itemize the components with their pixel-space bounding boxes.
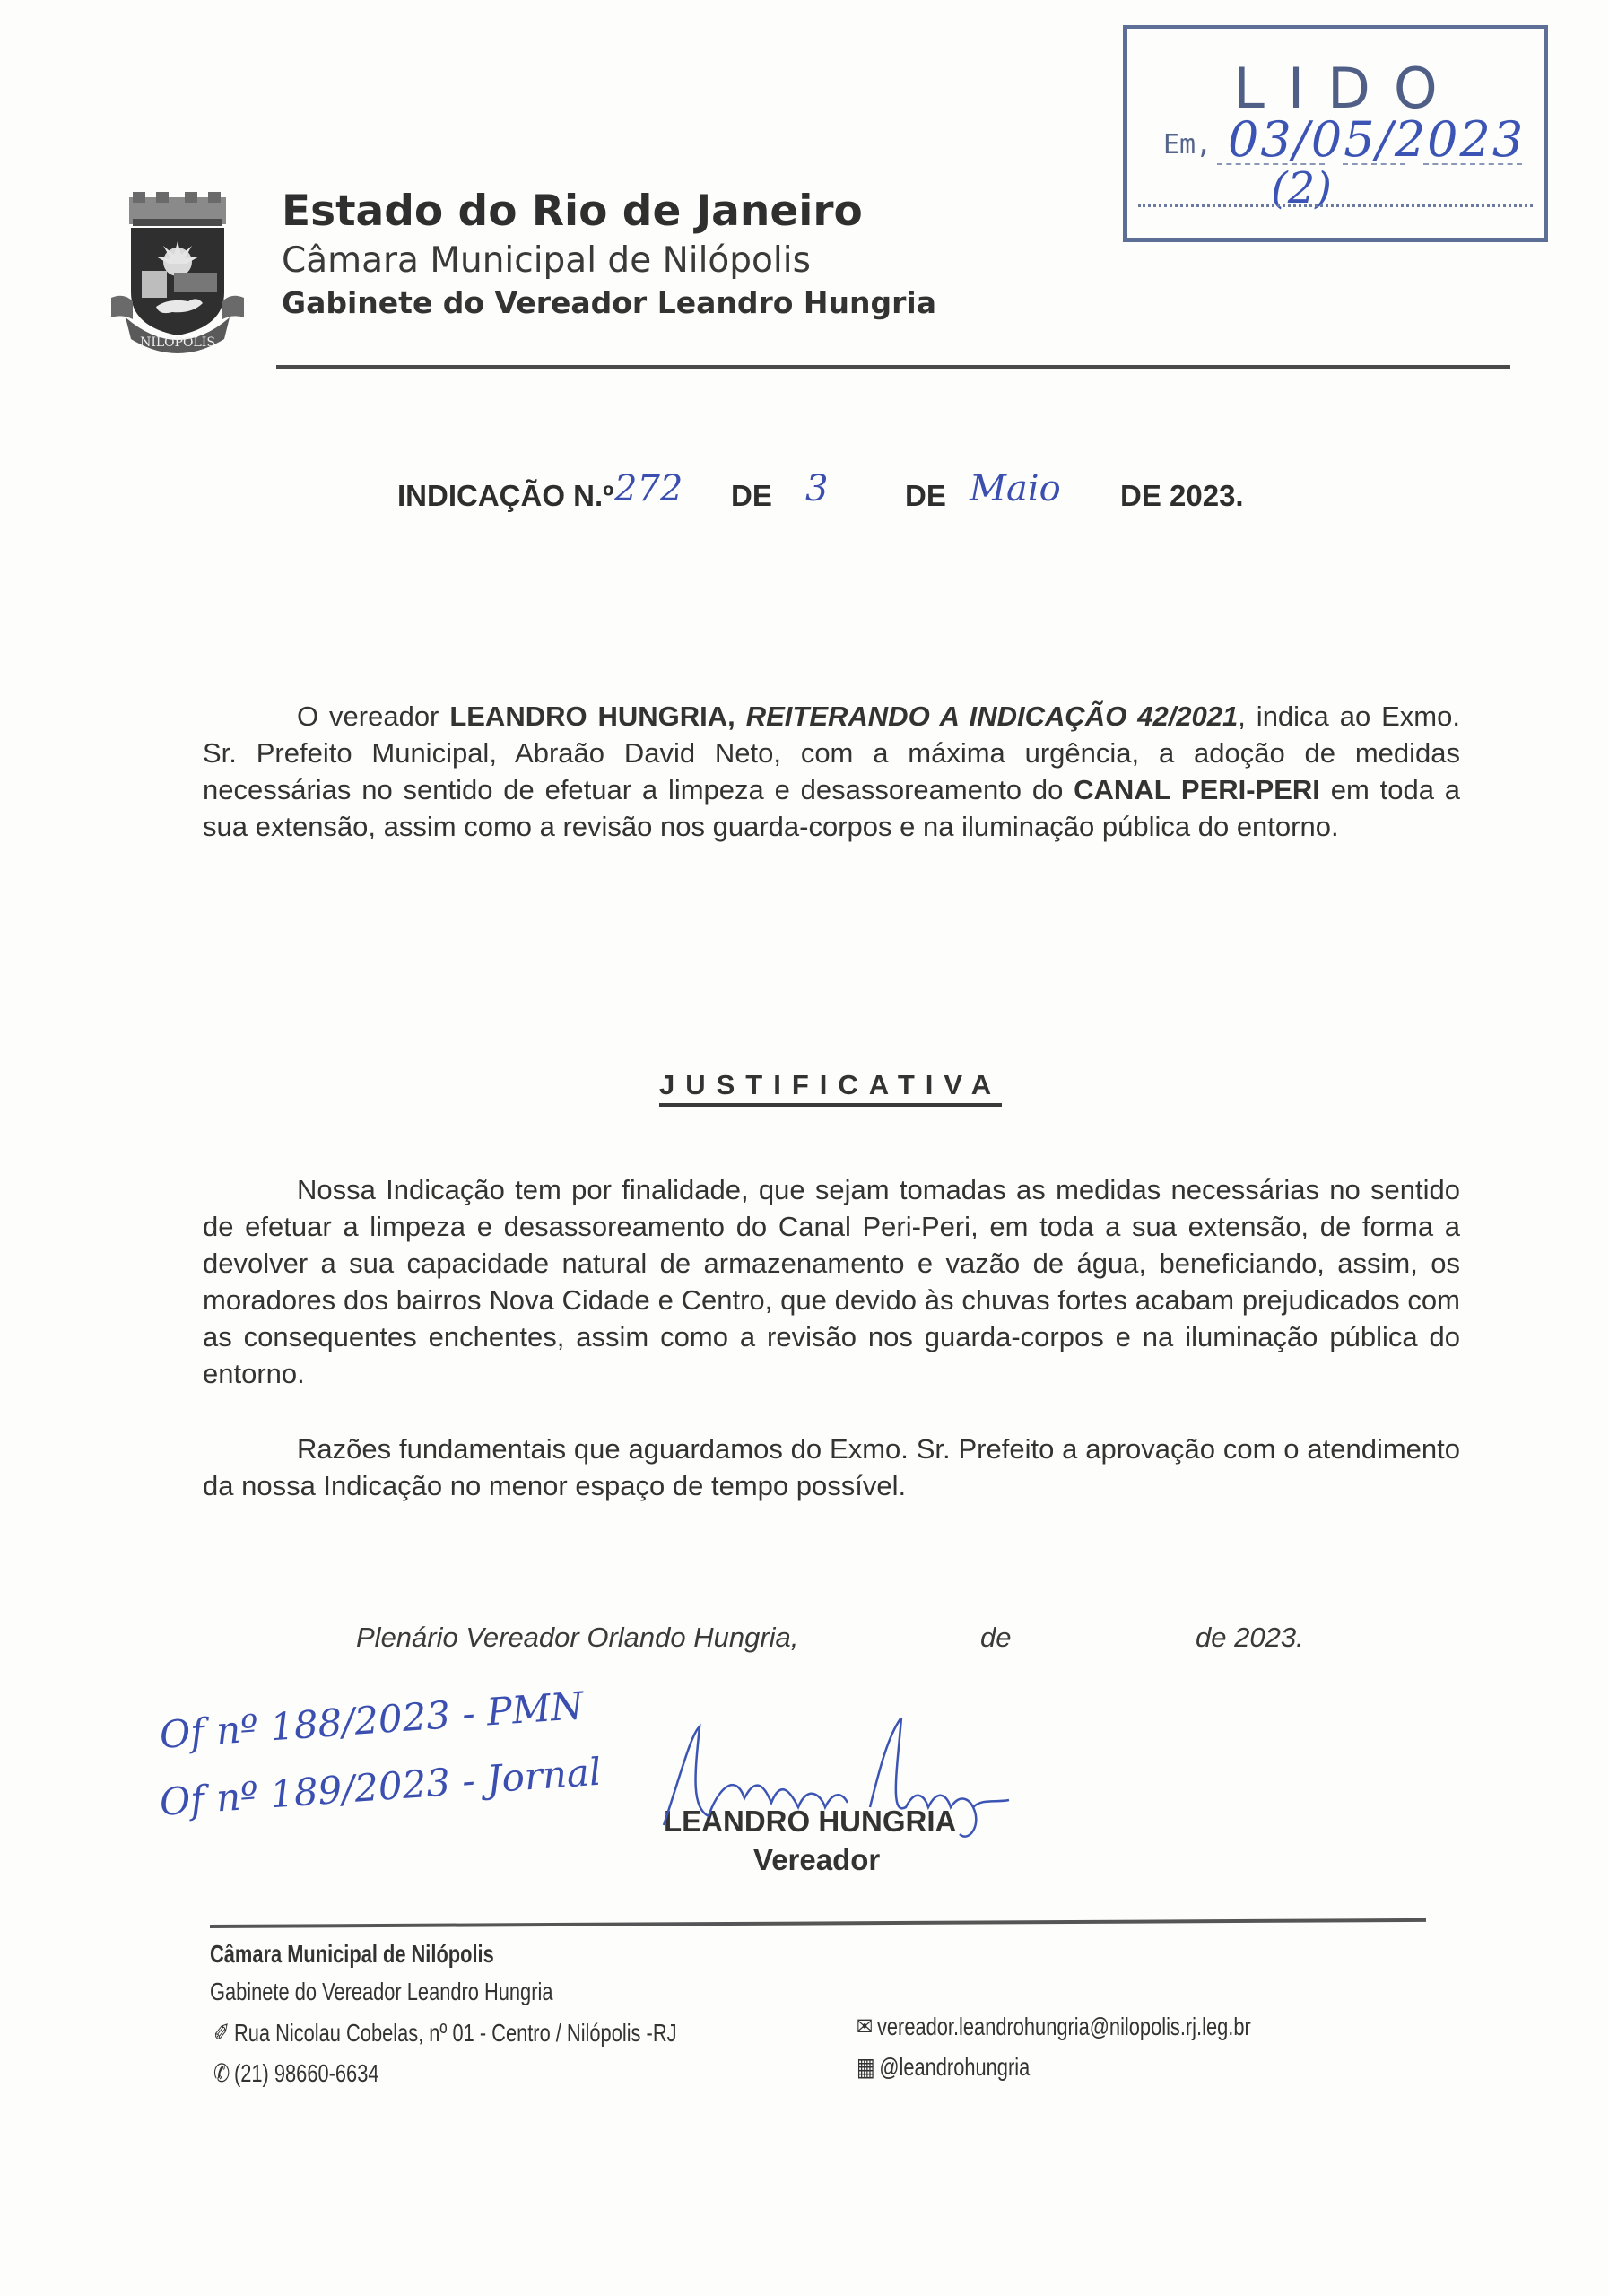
instagram-icon: ▦: [857, 2052, 875, 2082]
title-year: DE 2023.: [1120, 479, 1244, 513]
author-name: LEANDRO HUNGRIA,: [449, 700, 735, 732]
header-state: Estado do Rio de Janeiro: [282, 187, 863, 236]
pin-icon: ✐: [213, 2018, 230, 2048]
header-office: Gabinete do Vereador Leandro Hungria: [282, 285, 936, 320]
closing-year: de 2023.: [1196, 1622, 1304, 1654]
footer-email: ✉vereador.leandrohungria@nilopolis.rj.le…: [857, 2012, 1251, 2041]
title-prefix: INDICAÇÃO N.º: [397, 479, 613, 513]
stamp-date-handwritten: 03/05/2023: [1228, 111, 1525, 168]
stamp-date-prefix: Em,: [1163, 129, 1212, 161]
title-de: DE: [731, 479, 772, 513]
handwritten-note: Of nº 188/2023 - PMN: [158, 1683, 585, 1757]
coat-of-arms-icon: NILÓPOLIS: [106, 192, 249, 353]
handwritten-note: Of nº 189/2023 - Jornal: [158, 1750, 603, 1824]
signature-scribble: [655, 1718, 1013, 1843]
footer-divider: [210, 1918, 1426, 1928]
canal-name: CANAL PERI-PERI: [1074, 774, 1320, 805]
header-chamber: Câmara Municipal de Nilópolis: [282, 240, 811, 281]
signatory-role: Vereador: [753, 1843, 880, 1877]
header-divider: [276, 365, 1510, 369]
justification-paragraph: Razões fundamentais que aguardamos do Ex…: [203, 1431, 1460, 1504]
closing-place: Plenário Vereador Orlando Hungria,: [356, 1622, 798, 1654]
lido-stamp: LIDO Em, 03/05/2023 (2): [1123, 25, 1548, 242]
phone-icon: ✆: [213, 2058, 230, 2088]
justification-heading: JUSTIFICATIVA: [659, 1069, 1002, 1107]
footer-social: ▦@leandrohungria: [857, 2052, 1030, 2082]
title-month-handwritten: Maio: [970, 468, 1061, 509]
title-day-handwritten: 3: [805, 468, 828, 509]
svg-text:NILÓPOLIS: NILÓPOLIS: [140, 334, 215, 350]
justification-paragraph: Nossa Indicação tem por finalidade, que …: [203, 1171, 1460, 1392]
stamp-dotted-line: [1138, 204, 1533, 207]
reiteration-ref: REITERANDO A INDICAÇÃO 42/2021: [746, 700, 1239, 732]
title-number-handwritten: 272: [614, 468, 683, 509]
footer-address: ✐Rua Nicolau Cobelas, nº 01 - Centro / N…: [213, 2018, 677, 2048]
intro-paragraph: O vereador LEANDRO HUNGRIA, REITERANDO A…: [203, 698, 1460, 845]
title-de: DE: [905, 479, 946, 513]
footer-chamber: Câmara Municipal de Nilópolis: [210, 1940, 494, 1969]
footer-phone: ✆(21) 98660-6634: [213, 2058, 378, 2088]
envelope-icon: ✉: [857, 2012, 873, 2041]
footer-office: Gabinete do Vereador Leandro Hungria: [210, 1978, 552, 2006]
closing-de: de: [980, 1622, 1011, 1654]
